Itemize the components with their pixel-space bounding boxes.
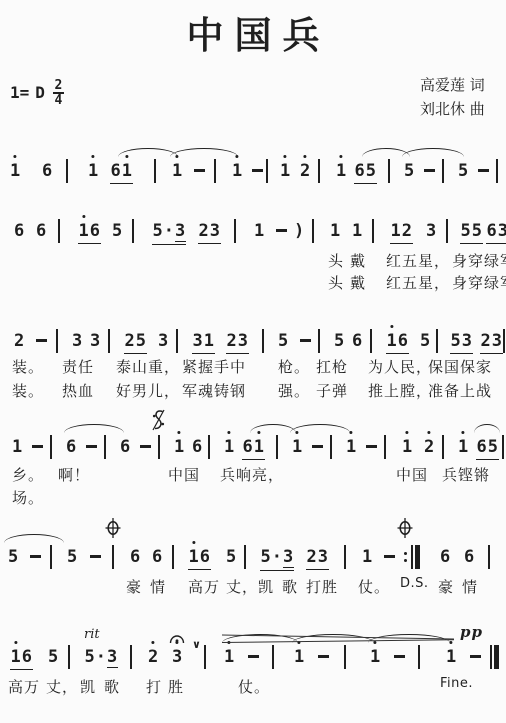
coda-sign [396, 517, 414, 543]
note: 6 [464, 547, 474, 567]
barline [446, 219, 448, 243]
note: 2 [198, 221, 209, 241]
note-group: 63 [486, 221, 506, 244]
note: 1 [88, 161, 98, 181]
lyric: 胜 [168, 676, 184, 697]
octave-dot [14, 641, 17, 644]
octave-dot [428, 431, 431, 434]
lyric: 红五星， [386, 272, 450, 293]
note: 1 [253, 437, 264, 457]
lyric: 头 [328, 250, 344, 271]
barline [262, 329, 264, 353]
coda-sign [104, 517, 122, 543]
sustain-dash [248, 655, 259, 658]
note: 5 [48, 647, 58, 667]
note: 1 [172, 161, 182, 181]
note: 1 [280, 161, 290, 181]
note: 1 [330, 221, 340, 241]
dynamic-pp: pp [460, 623, 483, 641]
note: 1 [10, 161, 20, 181]
barline [312, 219, 314, 243]
note-group: 61 [110, 161, 133, 184]
lyric: 中国 [168, 464, 200, 485]
lyric: 头 [328, 272, 344, 293]
sustain-dash [30, 555, 41, 558]
note: 5 [278, 331, 288, 351]
sustain-dash [140, 445, 151, 448]
note: 3 [172, 647, 182, 667]
lyric: 丈， [46, 676, 78, 697]
note-group: 16 [78, 221, 101, 244]
note: 3 [158, 331, 168, 351]
note-group: 65 [354, 161, 377, 184]
note: · [163, 221, 174, 242]
note: 3 [461, 331, 472, 351]
lyric: 场。 [12, 487, 44, 508]
repeat-dots [404, 552, 407, 563]
sustain-dash [384, 555, 395, 558]
lyric: 兵铿锵 [442, 464, 490, 485]
note: 2 [424, 437, 434, 457]
lyric: 红五星， [386, 250, 450, 271]
octave-dot [14, 155, 17, 158]
octave-dot [228, 431, 231, 434]
note: 5 [365, 161, 376, 181]
octave-dot [340, 155, 343, 158]
note: 5 [458, 161, 468, 181]
sustain-dash [90, 555, 101, 558]
decrescendo-hairpin [222, 630, 456, 649]
note: 6 [476, 437, 487, 457]
note: 5 [487, 437, 498, 457]
note-group: 23 [480, 331, 503, 354]
note: 5 [152, 221, 163, 242]
note: 5 [226, 547, 236, 567]
note: 5 [8, 547, 18, 567]
lyric: 丈， [226, 576, 258, 597]
barline [154, 159, 156, 183]
sustain-dash [86, 445, 97, 448]
note: 6 [440, 547, 450, 567]
lyric: 装。 [12, 356, 44, 377]
barline [330, 435, 332, 459]
note: 5 [260, 547, 271, 568]
note: 3 [317, 547, 328, 567]
octave-dot [296, 431, 299, 434]
note-group: 23 [198, 221, 221, 244]
note-group: 5·3rit [84, 647, 118, 668]
final-barline [490, 645, 499, 669]
lyric: 啊！ [58, 464, 90, 485]
note: 3 [497, 221, 506, 241]
music-line: 16161111216555 [0, 161, 506, 191]
lyric: 情 [462, 576, 478, 597]
slur-tie [402, 148, 464, 157]
lyric: 情 [150, 576, 166, 597]
barline [234, 219, 236, 243]
note-group: 61 [242, 437, 265, 460]
barline [158, 435, 160, 459]
lyric: Fine. [440, 676, 473, 691]
barline [370, 329, 372, 353]
lyric: 身穿 [452, 250, 484, 271]
barline [318, 159, 320, 183]
barline [244, 545, 246, 569]
note-group: 25 [124, 331, 147, 354]
segno-sign [151, 409, 166, 435]
note: 1 [254, 221, 264, 241]
lyric: 乡。 [12, 464, 44, 485]
music-line: 1655·3rit23∨1111pp高万丈，凯歌打胜仗。Fine. [0, 647, 506, 677]
note: 1 [10, 647, 21, 667]
barline [372, 219, 374, 243]
note: 2 [148, 647, 158, 667]
note: 1 [458, 437, 468, 457]
barline [58, 219, 60, 243]
lyric: 保国保家 [428, 356, 492, 377]
barline [66, 159, 68, 183]
octave-dot [152, 641, 155, 644]
lyric: 歌 [282, 576, 298, 597]
lyric: 豪 [438, 576, 454, 597]
note: 1 [203, 331, 214, 351]
lyric: 高万 [8, 676, 40, 697]
lyric: 凯 [80, 676, 96, 697]
repeat-dot [404, 552, 407, 555]
barline [442, 435, 444, 459]
note: 5 [334, 331, 344, 351]
note: 1 [174, 437, 184, 457]
octave-dot [125, 155, 128, 158]
barline [496, 159, 498, 183]
lyric: 身穿 [452, 272, 484, 293]
note: 1 [336, 161, 346, 181]
note: · [95, 647, 106, 668]
octave-dot [176, 155, 179, 158]
music-line: 661655·3231)111235563头戴红五星，身穿绿军头戴红五星，身穿绿… [0, 221, 506, 251]
sustain-dash [252, 169, 263, 172]
note: 1 [78, 221, 89, 241]
lyric: 子弹 [316, 380, 348, 401]
octave-dot [350, 431, 353, 434]
octave-dot [257, 431, 260, 434]
barline [50, 545, 52, 569]
barline [214, 159, 216, 183]
note: 2 [124, 331, 135, 351]
barline [112, 545, 114, 569]
note-group: 16 [10, 647, 33, 670]
barline [488, 545, 490, 569]
note: 1 [346, 437, 356, 457]
sustain-dash [194, 169, 205, 172]
note: 1 [352, 221, 362, 241]
octave-dot [462, 431, 465, 434]
rit-mark: rit [84, 625, 100, 645]
note-group: 53 [450, 331, 473, 354]
note: 6 [152, 547, 162, 567]
fermata-sign [169, 629, 185, 649]
note: 6 [110, 161, 121, 181]
sustain-dash [478, 169, 489, 172]
note: 3 [426, 221, 436, 241]
note: 1 [121, 161, 132, 181]
note: 6 [120, 437, 130, 457]
note-group: 23 [306, 547, 329, 570]
lyric: 为人民， [368, 356, 432, 377]
note: 3 [283, 547, 294, 568]
note: 1 [292, 437, 302, 457]
note: 2 [306, 547, 317, 567]
note: 2 [14, 331, 24, 351]
barline [50, 435, 52, 459]
barline [276, 435, 278, 459]
note: 1 [224, 647, 234, 667]
note: 1 [188, 547, 199, 567]
note: 5 [404, 161, 414, 181]
sustain-dash [32, 445, 43, 448]
note-group: 5·3 [260, 547, 294, 571]
note: 5 [84, 647, 95, 668]
note: 6 [130, 547, 140, 567]
note: 5 [135, 331, 146, 351]
note: 1 [224, 437, 234, 457]
lyric: 高万 [188, 576, 220, 597]
octave-dot [390, 325, 393, 328]
note: 2 [226, 331, 237, 351]
note: 6 [354, 161, 365, 181]
barline [384, 435, 386, 459]
repeat-end-barline [404, 545, 420, 569]
barline [208, 435, 210, 459]
barline [204, 645, 206, 669]
octave-dot [236, 155, 239, 158]
barline [436, 329, 438, 353]
sustain-dash [318, 655, 329, 658]
thin-bar [411, 545, 413, 569]
octave-dot [192, 541, 195, 544]
barline [388, 159, 390, 183]
sustain-dash [366, 445, 377, 448]
note: 6 [42, 161, 52, 181]
barline [318, 329, 320, 353]
note: 3 [491, 331, 502, 351]
lyric: 责任 [62, 356, 94, 377]
slur-tie [474, 424, 500, 433]
sustain-dash [36, 339, 47, 342]
lyric: D.S. [400, 576, 429, 591]
barline [132, 219, 134, 243]
note: 3 [72, 331, 82, 351]
lyric: 兵响亮， [220, 464, 284, 485]
note: 1 [402, 437, 412, 457]
lyric: 推上膛， [368, 380, 432, 401]
lyric: 中国 [396, 464, 428, 485]
octave-dot [406, 431, 409, 434]
note: 6 [66, 437, 76, 457]
note: · [271, 547, 282, 568]
lyric: 装。 [12, 380, 44, 401]
slur-tie [170, 148, 238, 157]
slur-tie [290, 424, 350, 433]
note: 1 [390, 221, 401, 241]
note: 5 [112, 221, 122, 241]
thin-bar [490, 645, 492, 669]
lyric: 军魂铸钢 [182, 380, 246, 401]
lyric: 豪 [126, 576, 142, 597]
barline [502, 435, 504, 459]
sustain-dash [312, 445, 323, 448]
lyric: 强。 [278, 380, 310, 401]
lyric: 戴 [350, 272, 366, 293]
thick-bar [494, 645, 499, 669]
note-group: 12 [390, 221, 413, 244]
note: 6 [199, 547, 210, 567]
octave-dot [92, 155, 95, 158]
sustain-dash [394, 655, 405, 658]
note-group: 5·3 [152, 221, 186, 245]
score: 16161111216555661655·3231)111235563头戴红五星… [0, 0, 506, 723]
note-group: 31 [192, 331, 215, 354]
note: 6 [89, 221, 100, 241]
lyric: 准备上战 [428, 380, 492, 401]
note: 2 [300, 161, 310, 181]
sustain-dash [470, 655, 481, 658]
note-group: 16 [386, 331, 409, 354]
barline [104, 435, 106, 459]
lyric: 仗。 [358, 576, 390, 597]
lyric: 绿军 [484, 272, 506, 293]
note: 1 [446, 647, 456, 667]
note: 5 [420, 331, 430, 351]
slur-tie [4, 534, 64, 543]
note: 5 [67, 547, 77, 567]
barline [172, 545, 174, 569]
lyric: 泰山重， [116, 356, 180, 377]
barline [176, 329, 178, 353]
note: 1 [12, 437, 22, 457]
note: 6 [192, 437, 202, 457]
music-line: 23325331235561655323装。责任泰山重，紧握手中枪。扛枪为人民，… [0, 331, 506, 361]
note: 1 [370, 647, 380, 667]
note: 6 [486, 221, 497, 241]
barline [266, 159, 268, 183]
note: 3 [107, 647, 118, 668]
note: 1 [232, 161, 242, 181]
note-group: 23 [226, 331, 249, 354]
lyric: 好男儿， [116, 380, 180, 401]
note: 6 [352, 331, 362, 351]
parenthesis: ) [294, 221, 304, 241]
music-line: 166161611112165乡。啊！中国兵响亮，中国兵铿锵场。 [0, 437, 506, 467]
lyric: 绿军 [484, 250, 506, 271]
sheet-music-page: 中国兵 高爱莲 词 刘北休 曲 1=D 2 4 1616111121655566… [0, 0, 506, 723]
note: 3 [175, 221, 186, 242]
note-group: 16 [188, 547, 211, 570]
repeat-dot [404, 559, 407, 562]
barline [130, 645, 132, 669]
octave-dot [284, 155, 287, 158]
note: 3 [192, 331, 203, 351]
note: 6 [36, 221, 46, 241]
barline [344, 545, 346, 569]
lyric: 打 [146, 676, 162, 697]
barline [108, 329, 110, 353]
sustain-dash [276, 229, 287, 232]
note: 5 [460, 221, 471, 241]
note: 5 [471, 221, 482, 241]
note: 2 [480, 331, 491, 351]
note: 1 [386, 331, 397, 351]
note: 1 [294, 647, 304, 667]
lyric: 打胜 [306, 576, 338, 597]
note: 3 [237, 331, 248, 351]
note: 6 [242, 437, 253, 457]
slur-tie [64, 424, 124, 433]
note: 3 [90, 331, 100, 351]
sustain-dash [300, 339, 311, 342]
note: 6 [21, 647, 32, 667]
note: 3 [209, 221, 220, 241]
lyric: 热血 [62, 380, 94, 401]
octave-dot [178, 431, 181, 434]
lyric: 紧握手中 [182, 356, 246, 377]
lyric: 仗。 [238, 676, 270, 697]
note-group: 55 [460, 221, 483, 244]
octave-dot [82, 215, 85, 218]
note: 6 [397, 331, 408, 351]
lyric: 戴 [350, 250, 366, 271]
lyric: 扛枪 [316, 356, 348, 377]
barline [442, 159, 444, 183]
note: 5 [450, 331, 461, 351]
lyric: 凯 [258, 576, 274, 597]
note-group: 65 [476, 437, 499, 460]
lyric: 枪。 [278, 356, 310, 377]
thick-bar [415, 545, 420, 569]
note: 1 [362, 547, 372, 567]
octave-dot [304, 155, 307, 158]
barline [68, 645, 70, 669]
barline [503, 329, 505, 353]
breath-mark: ∨ [192, 638, 201, 651]
note: 6 [14, 221, 24, 241]
music-line: 55661655·323166豪情高万丈，凯歌打胜仗。D.S.豪情 [0, 547, 506, 577]
sustain-dash [424, 169, 435, 172]
lyric: 歌 [104, 676, 120, 697]
barline [56, 329, 58, 353]
note: 2 [401, 221, 412, 241]
